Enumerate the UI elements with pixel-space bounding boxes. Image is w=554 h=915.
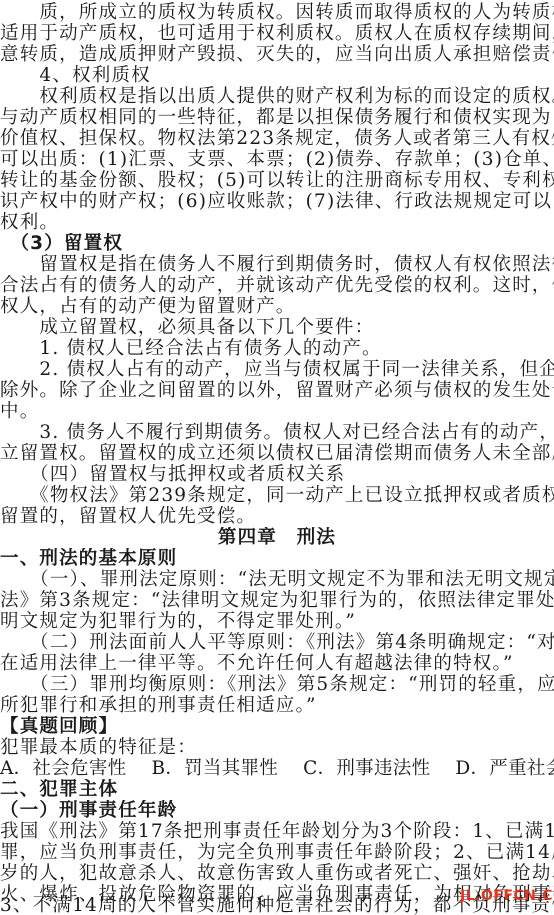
text-line: 罪，应当负刑事责任，为完全负刑事责任年龄阶段；2、已满14周岁不满16周 xyxy=(0,842,554,863)
text-line: 法》第3条规定：“法律明文规定为犯罪行为的，依照法律定罪处刑；法律没有 xyxy=(0,590,554,611)
answer-options: A．社会危害性 B．罚当其罪性 C．刑事违法性 D．严重社会危害性 xyxy=(0,758,554,779)
text-line: （一）、罪刑法定原则：“法无明文规定不为罪和法无明文规定不处罚”。《刑 xyxy=(0,569,554,590)
watermark-logo: JL.OFFCN.COM xyxy=(460,888,554,904)
text-line: 权人，占有的动产便为留置财产。 xyxy=(0,296,554,317)
text-line: 权利质权是指以出质人提供的财产权利为标的而设定的质权。权利质权具有 xyxy=(0,86,554,107)
section-heading-lien: （3）留置权 xyxy=(0,233,554,254)
text-line: 留置权是指在债务人不履行到期债务时，债权人有权依照法律规定留置已经 xyxy=(0,254,554,275)
exam-review-heading: 【真题回顾】 xyxy=(0,716,554,737)
text-line: 中。 xyxy=(0,401,554,422)
text-line: 我国《刑法》第17条把刑事责任年龄划分为3个阶段：1、已满16周岁的人犯 xyxy=(0,821,554,842)
text-line: （三）罪刑均衡原则：《刑法》第5条规定：“刑罚的轻重，应当与犯罪分子 xyxy=(0,674,554,695)
subsection-heading: 4、权利质权 xyxy=(0,65,554,86)
chapter-title: 第四章 刑法 xyxy=(0,527,554,548)
text-line: 岁的人，犯故意杀人、故意伤害致人重伤或者死亡、强奸、抢劫、贩卖毒品、放 xyxy=(0,863,554,884)
list-item: 2. 债权人占有的动产，应当与债权属于同一法律关系，但企业之间留置的 xyxy=(0,359,554,380)
text-line: （二）刑法面前人人平等原则：《刑法》第4条明确规定：“对任何人犯罪， xyxy=(0,632,554,653)
text-line: 可以出质：(1)汇票、支票、本票；(2)债券、存款单；(3)仓单、提单；(4)可… xyxy=(0,149,554,170)
section-heading-subject: 二、犯罪主体 xyxy=(0,779,554,800)
text-line: 明文规定为犯罪行为的，不得定罪处刑。” xyxy=(0,611,554,632)
text-line: 成立留置权，必须具备以下几个要件： xyxy=(0,317,554,338)
text-line: 立留置权。留置权的成立还须以债权已届清偿期而债务人未全部履行为要件。 xyxy=(0,443,554,464)
text-line: 质，所成立的质权为转质权。因转质而取得质权的人为转质权人。转质既可 xyxy=(0,2,554,23)
text-line: 留置的，留置权人优先受偿。 xyxy=(0,506,554,527)
text-line: 与动产质权相同的一些特征，都是以担保债务履行和债权实现为目的，性质都是 xyxy=(0,107,554,128)
text-line: 适用于动产质权，也可适用于权利质权。质权人在质权存续期间，未经出质人同 xyxy=(0,23,554,44)
subsection-heading-age: （一）刑事责任年龄 xyxy=(0,800,554,821)
subsection-heading: （四）留置权与抵押权或者质权关系 xyxy=(0,464,554,485)
text-line: 价值权、担保权。物权法第223条规定，债务人或者第三人有权处分的下列权利 xyxy=(0,128,554,149)
section-heading-principles: 一、刑法的基本原则 xyxy=(0,548,554,569)
list-item: 3. 债务人不履行到期债务。债权人对已经合法占有的动产，并不能当然成 xyxy=(0,422,554,443)
list-item: 1. 债权人已经合法占有债务人的动产。 xyxy=(0,338,554,359)
text-line: 权利。 xyxy=(0,212,554,233)
text-line: 除外。除了企业之间留置的以外，留置财产必须与债权的发生处于同一法律关系 xyxy=(0,380,554,401)
text-line: 转让的基金份额、股权；(5)可以转让的注册商标专用权、专利权、著作权等知 xyxy=(0,170,554,191)
text-line: 意转质，造成质押财产毁损、灭失的，应当向出质人承担赔偿责任。 xyxy=(0,44,554,65)
question-text: 犯罪最本质的特征是： xyxy=(0,737,554,758)
text-line: 《物权法》第239条规定，同一动产上已设立抵押权或者质权，该动产又被 xyxy=(0,485,554,506)
text-line: 所犯罪行和承担的刑事责任相适应。” xyxy=(0,695,554,716)
text-line: 合法占有的债务人的动产，并就该动产优先受偿的权利。这时，债权人便为留置 xyxy=(0,275,554,296)
text-line: 识产权中的财产权；(6)应收账款；(7)法律、行政法规规定可以出质的其他财产 xyxy=(0,191,554,212)
text-line: 在适用法律上一律平等。不允许任何人有超越法律的特权。” xyxy=(0,653,554,674)
